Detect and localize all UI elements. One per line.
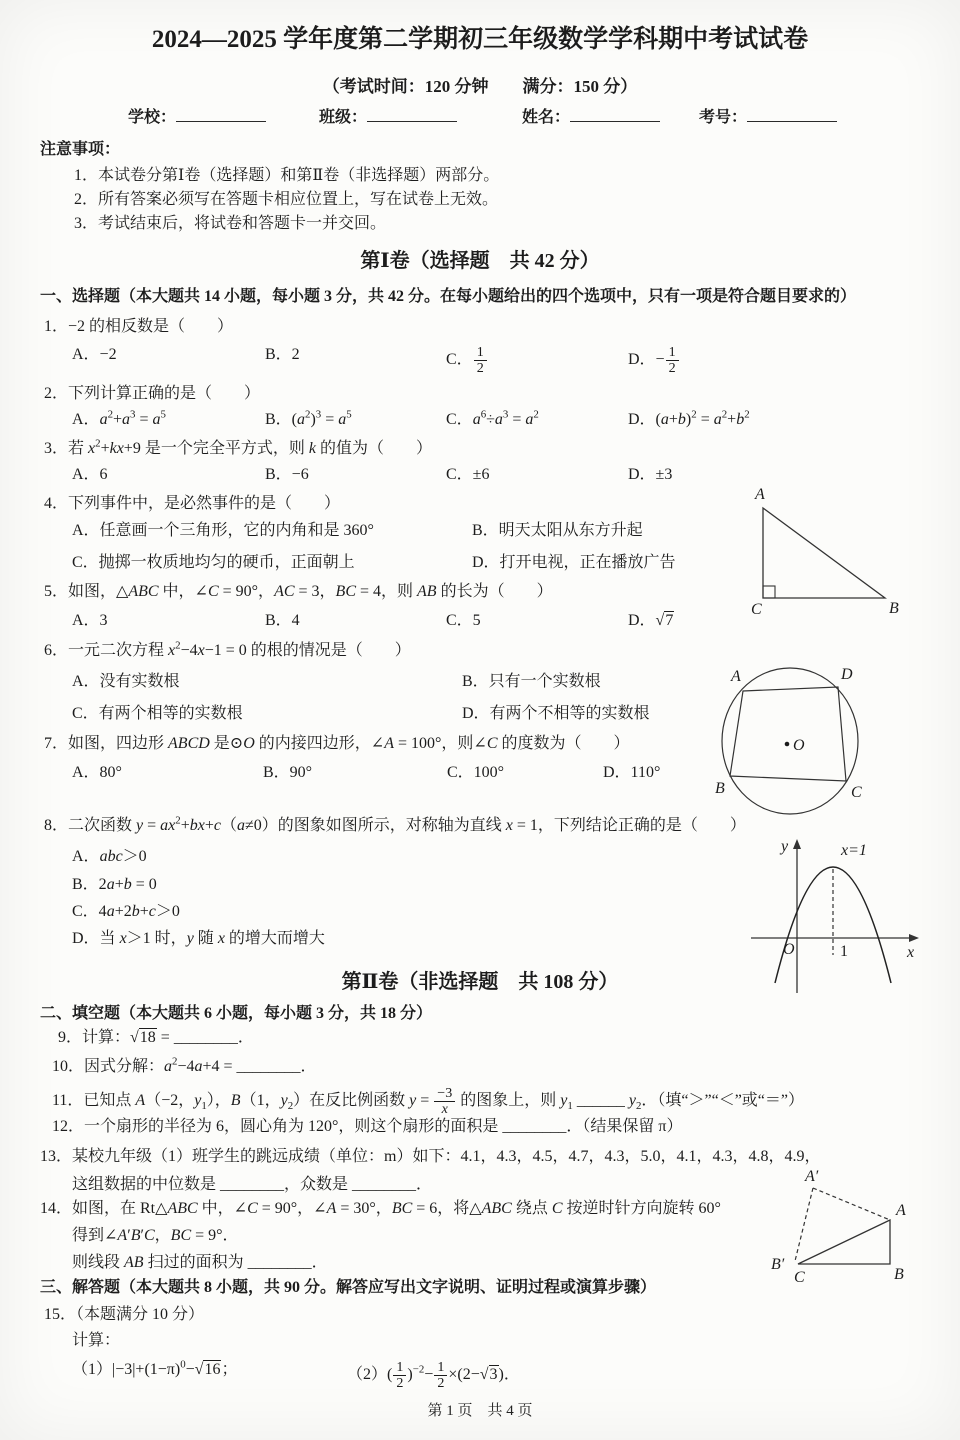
q5-option-a: A．3	[72, 611, 108, 632]
q1-option-d: D．−12	[628, 345, 680, 376]
parabola-label-1: 1	[840, 943, 848, 960]
q5-option-c: C．5	[446, 611, 481, 632]
q14-stem-line1: 14．如图，在 Rt△ABC 中，∠C = 90°，∠A = 30°，BC = …	[40, 1199, 721, 1220]
q13-stem-line2: 这组数据的中位数是 ________，众数是 ________．	[72, 1175, 432, 1196]
part2-intro: 二、填空题（本大题共 6 小题，每小题 3 分，共 18 分）	[40, 1004, 432, 1025]
q7-option-a: A．80°	[72, 763, 122, 784]
q8-stem: 8．二次函数 y = ax2+bx+c（a≠0）的图象如图所示，对称轴为直线 x…	[44, 816, 746, 837]
q5-option-d: D．√7	[628, 611, 674, 632]
field-school-label: 学校：	[128, 109, 176, 126]
figure-right-triangle: A C B	[745, 483, 905, 618]
q2-option-d: D．(a+b)2 = a2+b2	[628, 410, 750, 431]
field-class-label: 班级：	[319, 109, 367, 126]
q6-option-a: A．没有实数根	[72, 672, 180, 693]
q1-option-b: B．2	[265, 345, 300, 366]
exam-title: 2024—2025 学年度第二学期初三年级数学学科期中考试试卷	[0, 24, 960, 57]
rotation-label-a: A	[895, 1202, 906, 1219]
notice-item-3: 3．考试结束后，将试卷和答题卡一并交回。	[74, 214, 386, 235]
parabola-label-o: O	[783, 941, 795, 958]
q5-option-b: B．4	[265, 611, 300, 632]
field-class: 班级：	[319, 104, 457, 127]
q15-formula-1: （1）|−3|+(1−π)0−√16；	[72, 1360, 237, 1381]
right-angle-mark	[763, 586, 775, 598]
figure-rotated-triangle: A′ A B′ C B	[765, 1168, 925, 1293]
field-class-blank	[367, 107, 457, 122]
q6-option-b: B．只有一个实数根	[462, 672, 601, 693]
q8-option-b: B．2a+b = 0	[72, 875, 157, 896]
q4-option-d: D．打开电视，正在播放广告	[472, 553, 676, 574]
exam-subtitle: （考试时间：120 分钟 满分：150 分）	[0, 76, 960, 98]
q14-stem-line2: 得到∠A′B′C，BC = 9°．	[72, 1226, 239, 1247]
rotation-label-b: B	[894, 1266, 904, 1283]
q8-option-d: D．当 x＞1 时，y 随 x 的增大而增大	[72, 929, 325, 950]
field-school: 学校：	[128, 104, 266, 127]
q7-option-c: C．100°	[447, 763, 504, 784]
q6-option-c: C．有两个相等的实数根	[72, 704, 243, 725]
q5-stem: 5．如图，△ABC 中，∠C = 90°，AC = 3，BC = 4，则 AB …	[44, 582, 553, 603]
notice-item-1: 1．本试卷分第Ⅰ卷（选择题）和第Ⅱ卷（非选择题）两部分。	[74, 166, 499, 187]
q4-option-a: A．任意画一个三角形，它的内角和是 360°	[72, 521, 374, 542]
notice-title: 注意事项：	[40, 140, 120, 161]
q8-option-c: C．4a+2b+c＞0	[72, 902, 180, 923]
q6-stem: 6．一元二次方程 x2−4x−1 = 0 的根的情况是（ ）	[44, 641, 411, 662]
q1-stem: 1．−2 的相反数是（ ）	[44, 317, 233, 338]
dashed-a1-a	[813, 1188, 890, 1220]
part1-heading: 第Ⅰ卷（选择题 共 42 分）	[0, 248, 960, 274]
q1-option-c: C．12	[446, 345, 488, 376]
q3-option-c: C．±6	[446, 465, 489, 486]
q9-stem: 9．计算：√18 = ________．	[58, 1028, 254, 1049]
triangle-label-a: A	[754, 486, 765, 503]
q15-formula-2: （2）(12)−2−12×(2−√3)．	[347, 1360, 520, 1391]
q15-head: 15．（本题满分 10 分）	[44, 1305, 204, 1326]
q13-stem-line1: 13．某校九年级（1）班学生的跳远成绩（单位：m）如下：4.1，4.3，4.5，…	[40, 1147, 820, 1168]
circle-label-b: B	[715, 780, 725, 797]
circle-label-o: O	[793, 737, 805, 754]
field-name-label: 姓名：	[522, 109, 570, 126]
page-footer: 第 1 页 共 4 页	[0, 1402, 960, 1422]
q2-stem: 2．下列计算正确的是（ ）	[44, 384, 260, 405]
q8-option-a: A．abc＞0	[72, 847, 147, 868]
q2-option-c: C．a6÷a3 = a2	[446, 410, 539, 431]
q2-option-b: B．(a2)3 = a5	[265, 410, 352, 431]
dashed-a1-b1	[795, 1188, 813, 1261]
triangle-label-c: C	[751, 601, 762, 618]
field-name: 姓名：	[522, 104, 660, 127]
x-axis-arrow	[909, 934, 919, 942]
y-axis-arrow	[793, 839, 801, 849]
circle-label-a: A	[730, 668, 741, 685]
triangle-outline	[763, 508, 885, 598]
q4-option-b: B．明天太阳从东方升起	[472, 521, 643, 542]
part1-intro: 一、选择题（本大题共 14 小题，每小题 3 分，共 42 分。在每小题给出的四…	[40, 287, 856, 308]
solid-triangle	[798, 1220, 890, 1264]
circle-outline	[722, 668, 858, 814]
q15-calc-label: 计算：	[72, 1331, 120, 1352]
exam-paper-page: 2024—2025 学年度第二学期初三年级数学学科期中考试试卷 （考试时间：12…	[0, 0, 960, 1440]
figure-inscribed-quadrilateral: O A D B C	[713, 663, 873, 821]
part3-intro: 三、解答题（本大题共 8 小题，共 90 分。解答应写出文字说明、证明过程或演算…	[40, 1278, 656, 1299]
center-dot	[785, 742, 790, 747]
q7-option-b: B．90°	[263, 763, 312, 784]
q7-option-d: D．110°	[603, 763, 660, 784]
field-school-blank	[176, 107, 266, 122]
q6-option-d: D．有两个不相等的实数根	[462, 704, 650, 725]
q3-option-a: A．6	[72, 465, 108, 486]
notice-item-2: 2．所有答案必须写在答题卡相应位置上，写在试卷上无效。	[74, 190, 498, 211]
part2-heading: 第Ⅱ卷（非选择题 共 108 分）	[0, 969, 960, 995]
rotation-label-a1: A′	[804, 1168, 819, 1185]
q4-option-c: C．抛掷一枚质地均匀的硬币，正面朝上	[72, 553, 355, 574]
field-examno-label: 考号：	[699, 109, 747, 126]
parabola-label-y: y	[779, 838, 789, 855]
q2-option-a: A．a2+a3 = a5	[72, 410, 166, 431]
parabola-label-axis: x=1	[840, 842, 867, 859]
rotation-label-b1: B′	[771, 1256, 785, 1273]
circle-label-d: D	[840, 666, 853, 683]
field-examno-blank	[747, 107, 837, 122]
q1-option-a: A．−2	[72, 345, 117, 366]
triangle-label-b: B	[889, 600, 899, 617]
q3-option-d: D．±3	[628, 465, 672, 486]
q12-stem: 12．一个扇形的半径为 6，圆心角为 120°，则这个扇形的面积是 ______…	[52, 1117, 682, 1138]
quadrilateral-outline	[730, 687, 846, 781]
q3-option-b: B．−6	[265, 465, 309, 486]
q7-stem: 7．如图，四边形 ABCD 是⊙O 的内接四边形，∠A = 100°，则∠C 的…	[44, 734, 630, 755]
field-examno: 考号：	[699, 104, 837, 127]
parabola-label-x: x	[906, 944, 914, 961]
q3-stem: 3．若 x2+kx+9 是一个完全平方式，则 k 的值为（ ）	[44, 439, 432, 460]
q10-stem: 10．因式分解：a2−4a+4 = ________．	[52, 1057, 317, 1078]
q14-stem-line3: 则线段 AB 扫过的面积为 ________．	[72, 1253, 328, 1274]
circle-label-c: C	[851, 784, 862, 801]
rotation-label-c: C	[794, 1269, 805, 1286]
field-name-blank	[570, 107, 660, 122]
q11-stem: 11．已知点 A（−2，y1），B（1，y2）在反比例函数 y = −3x 的图…	[52, 1086, 804, 1117]
q4-stem: 4．下列事件中，是必然事件的是（ ）	[44, 494, 340, 515]
